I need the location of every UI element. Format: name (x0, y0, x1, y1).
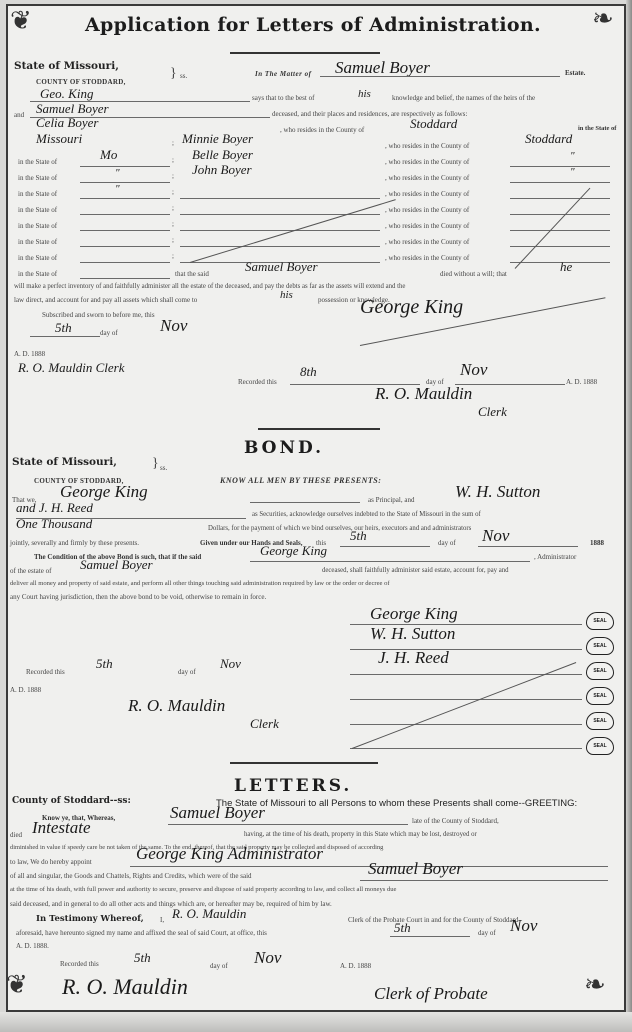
test-month-field[interactable]: Nov (510, 916, 537, 936)
jointly-text: jointly, severally and firmly by these p… (10, 539, 139, 547)
bond-ss: ss. (160, 464, 167, 472)
heir-county[interactable]: " (570, 166, 575, 178)
field-line (80, 246, 170, 247)
in-state-of-label: in the State of (18, 174, 57, 182)
in-matter-of-label: In The Matter of (255, 70, 311, 78)
resides-text: , who resides in the County of (385, 174, 469, 182)
test-day-field[interactable]: 5th (394, 920, 411, 936)
principal-name-field[interactable]: George King (60, 482, 148, 502)
letters-signature-title: Clerk of Probate (374, 984, 488, 1004)
field-line (80, 278, 170, 279)
corner-ornament-icon: ❧ (592, 6, 614, 32)
seal-icon: SEAL (586, 687, 614, 705)
separator: ; (172, 139, 174, 147)
as-securities-text: as Securities, acknowledge ourselves ind… (252, 511, 481, 518)
section-rule (230, 762, 378, 764)
bond-state-label: State of Missouri, (12, 456, 117, 468)
in-state-of-tail: in the State of (578, 125, 616, 132)
heir-county[interactable]: " (570, 150, 575, 162)
he-field[interactable]: he (560, 259, 572, 275)
field-line (80, 182, 170, 183)
field-line (80, 166, 170, 167)
given-month-field[interactable]: Nov (482, 526, 509, 546)
field-line (80, 262, 170, 263)
letters-title: LETTERS. (234, 776, 352, 796)
field-line (340, 546, 430, 547)
aforesaid-text: aforesaid, have hereunto signed my name … (16, 929, 267, 937)
that-the-said-label: that the said (175, 270, 209, 278)
sworn-day-field[interactable]: 5th (55, 320, 72, 336)
dollars-text: Dollars, for the payment of which we bin… (208, 525, 471, 532)
ad-year: A. D. 1888 (14, 350, 45, 358)
said-text: said deceased, and in general to do all … (10, 900, 332, 908)
recorded-clerk-title: Clerk (478, 404, 507, 420)
resides-text: , who resides in the County of (385, 190, 469, 198)
clerk-of-text: Clerk of the Probate Court in and for th… (348, 916, 519, 924)
estate-label: Estate. (565, 69, 585, 77)
in-state-of-label: in the State of (18, 254, 57, 262)
bond-signature: J. H. Reed (378, 648, 449, 668)
in-state-of-label: in the State of (18, 270, 57, 278)
signature-line (350, 748, 582, 749)
seal-icon: SEAL (586, 662, 614, 680)
letters-recorded-month-field[interactable]: Nov (254, 948, 281, 968)
field-line (390, 936, 470, 937)
sworn-month-field[interactable]: Nov (160, 316, 187, 336)
greeting-text: The State of Missouri to all Persons to … (216, 798, 577, 809)
field-line (510, 182, 610, 183)
seal-icon: SEAL (586, 712, 614, 730)
signature-line (350, 674, 582, 675)
to-law-text: to law, We do hereby appoint (10, 858, 92, 866)
recorded-day-field[interactable]: 8th (300, 364, 317, 380)
heir-name[interactable]: Belle Boyer (192, 147, 253, 163)
state-label: State of Missouri, (14, 60, 119, 72)
field-line (80, 230, 170, 231)
security2-field[interactable]: and J. H. Reed (16, 500, 93, 516)
field-line (180, 214, 380, 215)
field-line (168, 824, 408, 825)
field-line (250, 561, 530, 562)
appointee-field[interactable]: George King Administrator (136, 844, 323, 864)
brace: } (152, 456, 159, 472)
in-state-of-label: in the State of (18, 222, 57, 230)
resides-text: , who resides in the County of (280, 126, 364, 134)
bond-deceased-text: deceased, shall faithfully administer sa… (322, 567, 509, 574)
goods-name-field[interactable]: Samuel Boyer (368, 859, 463, 879)
know-all-men: KNOW ALL MEN BY THESE PRESENTS: (220, 476, 381, 485)
administrator-label: , Administrator (534, 553, 576, 561)
deliver-text: deliver all money and property of said e… (10, 580, 390, 587)
of-estate-label: of the estate of (10, 567, 51, 575)
field-line (510, 214, 610, 215)
says-text: says that to the best of (252, 94, 314, 102)
heir-state[interactable]: " (115, 183, 120, 195)
field-line (250, 502, 360, 503)
applicant-field[interactable]: Geo. King (40, 86, 93, 102)
field-line (180, 230, 380, 231)
signature-line (350, 649, 582, 650)
day-of-label: day of (438, 539, 456, 547)
heir-name[interactable]: Minnie Boyer (182, 131, 253, 147)
bond-title: BOND. (244, 438, 324, 458)
separator: ; (172, 220, 174, 228)
inventory-text: will make a perfect inventory of and fai… (14, 283, 405, 290)
and-label: and (14, 111, 24, 119)
day-of-label: day of (478, 929, 496, 937)
recorded-month-field[interactable]: Nov (460, 360, 487, 380)
as-principal-text: as Principal, and (368, 496, 414, 504)
seal-icon: SEAL (586, 737, 614, 755)
given-year: 1888 (590, 539, 604, 547)
heir-name[interactable]: Celia Boyer (36, 115, 98, 131)
letters-recorded-ad: A. D. 1888 (340, 962, 371, 970)
bond-clerk-title: Clerk (250, 716, 279, 732)
resides-text: , who resides in the County of (385, 158, 469, 166)
field-line (510, 230, 610, 231)
resides-text: , who resides in the County of (385, 222, 469, 230)
section-rule (258, 428, 380, 430)
bond-recorded-month-field[interactable]: Nov (220, 656, 241, 672)
field-line (80, 198, 170, 199)
applicant-signature: George King (360, 296, 463, 319)
bond-signature: W. H. Sutton (370, 624, 455, 644)
signature-line (350, 624, 582, 625)
subscribed-text: Subscribed and sworn to before me, this (42, 311, 155, 319)
bond-recorded-this: Recorded this (26, 668, 65, 676)
corner-ornament-icon: ❧ (584, 972, 606, 998)
field-line (180, 246, 380, 247)
letters-recorded-this: Recorded this (60, 960, 99, 968)
field-line (510, 198, 610, 199)
said-name-field[interactable]: Samuel Boyer (245, 259, 318, 275)
in-state-of-label: in the State of (18, 190, 57, 198)
separator: ; (172, 188, 174, 196)
court-text: any Court having jurisdiction, then the … (10, 593, 266, 601)
seal-icon: SEAL (586, 637, 614, 655)
bond-recorded-ad: A. D. 1888 (10, 686, 41, 694)
ss-label: ss. (180, 72, 187, 80)
day-of-label: day of (210, 962, 228, 970)
administrator-name-field[interactable]: George King (260, 543, 327, 559)
recorded-this-label: Recorded this (238, 378, 277, 386)
testimony-label: In Testimony Whereof, (36, 914, 144, 924)
possession-pronoun-field[interactable]: his (280, 289, 293, 301)
heir-state[interactable]: Mo (100, 147, 117, 163)
letters-deceased-field[interactable]: Samuel Boyer (170, 803, 265, 823)
law-text: law direct, and account for and pay all … (14, 296, 197, 304)
separator: ; (172, 236, 174, 244)
bond-sum-field[interactable]: One Thousand (16, 516, 92, 532)
field-line (360, 880, 608, 881)
clerk-signature: R. O. Mauldin Clerk (18, 360, 125, 376)
died-text: died without a will; that (440, 270, 507, 278)
bond-recorded-day-field[interactable]: 5th (96, 656, 113, 672)
seal-icon: SEAL (586, 612, 614, 630)
having-text: having, at the time of his death, proper… (244, 831, 477, 838)
county-label: COUNTY OF STODDARD, (36, 78, 126, 86)
field-line (320, 76, 560, 77)
bond-clerk-signature: R. O. Mauldin (128, 696, 225, 716)
resides-text: , who resides in the County of (385, 206, 469, 214)
separator: ; (172, 172, 174, 180)
in-state-of-label: in the State of (18, 206, 57, 214)
knowledge-text: knowledge and belief, the names of the h… (392, 94, 535, 102)
time-text: at the time of his death, with full powe… (10, 886, 396, 893)
in-state-of-label: in the State of (18, 238, 57, 246)
intestate-field[interactable]: Intestate (32, 818, 91, 838)
page-edge-bottom (0, 1012, 632, 1032)
field-line (510, 246, 610, 247)
bond-estate-field[interactable]: Samuel Boyer (80, 557, 153, 573)
letters-ad-year: A. D. 1888. (16, 942, 49, 950)
page-edge-right (626, 0, 632, 1032)
bond-signature: George King (370, 604, 458, 624)
letters-county-label: County of Stoddard--ss: (12, 796, 131, 806)
heir-county[interactable]: Stoddard (525, 131, 572, 147)
signature-line (350, 724, 582, 725)
title-rule (230, 52, 380, 54)
brace: } (170, 66, 177, 82)
signature-line (350, 699, 582, 700)
field-line (80, 214, 170, 215)
goods-text: of all and singular, the Goods and Chatt… (10, 872, 252, 880)
heir-county[interactable]: Stoddard (410, 116, 457, 132)
field-line (510, 166, 610, 167)
separator: ; (172, 156, 174, 164)
security1-field[interactable]: W. H. Sutton (455, 482, 540, 502)
heir-name[interactable]: John Boyer (192, 162, 252, 178)
pronoun-field[interactable]: his (358, 88, 371, 100)
corner-ornament-icon: ❦ (6, 972, 28, 998)
corner-ornament-icon: ❦ (10, 8, 32, 34)
day-of-label: day of (178, 668, 196, 676)
field-line (180, 198, 380, 199)
separator: ; (172, 252, 174, 260)
heir-state[interactable]: " (115, 167, 120, 179)
separator: ; (172, 204, 174, 212)
resides-text: , who resides in the County of (385, 142, 469, 150)
estate-name-field[interactable]: Samuel Boyer (335, 58, 430, 78)
letters-recorded-day-field[interactable]: 5th (134, 950, 151, 966)
testimony-clerk-field[interactable]: R. O. Mauldin (172, 906, 246, 922)
i-label: I, (160, 916, 164, 924)
given-day-field[interactable]: 5th (350, 528, 367, 544)
died-label: died (10, 831, 22, 839)
field-line (30, 336, 100, 337)
late-of-text: late of the County of Stoddard, (412, 817, 499, 825)
day-of-label: day of (100, 329, 118, 337)
resides-text: , who resides in the County of (385, 254, 469, 262)
field-line (478, 546, 578, 547)
heir-state[interactable]: Missouri (36, 131, 82, 147)
letters-signature: R. O. Mauldin (62, 974, 188, 1000)
recorded-ad: A. D. 1888 (566, 378, 597, 386)
resides-text: , who resides in the County of (385, 238, 469, 246)
in-state-of-label: in the State of (18, 158, 57, 166)
application-title: Application for Letters of Administratio… (85, 14, 541, 36)
recorded-signature: R. O. Mauldin (375, 384, 472, 404)
